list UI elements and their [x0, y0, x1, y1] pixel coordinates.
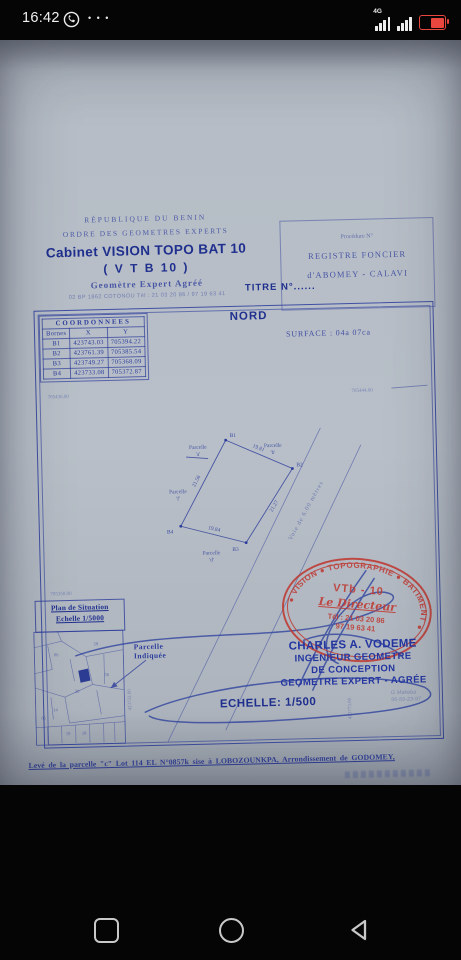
- titre-number: TITRE N°......: [245, 281, 316, 294]
- recents-button-icon[interactable]: [94, 918, 119, 943]
- status-bar: 16:42 • • • 4G: [0, 0, 461, 40]
- abomey-calavi-label: d'ABOMEY - CALAVI: [282, 267, 434, 281]
- signal-sim2-icon: [397, 17, 412, 31]
- cabinet-name: Cabinet VISION TOPO BAT 10: [34, 240, 258, 260]
- procedure-label: Procédure N°: [281, 232, 433, 242]
- network-type-badge: 4G: [373, 8, 382, 15]
- svg-text:19: 19: [66, 731, 71, 736]
- indicated-parcel-fill: [78, 669, 90, 683]
- home-button-icon[interactable]: [219, 918, 244, 943]
- android-nav-bar: [0, 785, 461, 960]
- svg-text:58: 58: [94, 641, 99, 646]
- situation-scale: Echelle 1/5000: [36, 613, 124, 624]
- status-icons: 4G: [375, 9, 446, 31]
- table-row: B4 423733.08 705372.87: [43, 367, 145, 379]
- registry-box: Procédure N° REGISTRE FONCIER d'ABOMEY -…: [279, 217, 435, 311]
- document-photo[interactable]: RÉPUBLIQUE DU BENIN ORDRE DES GEOMETRES …: [0, 40, 461, 785]
- situation-title: Plan de Situation: [36, 602, 124, 613]
- survey-plan-sheet: RÉPUBLIQUE DU BENIN ORDRE DES GEOMETRES …: [0, 34, 461, 790]
- north-label: NORD: [230, 310, 268, 323]
- cabinet-sigle: ( V T B 10 ): [34, 258, 258, 277]
- col-bornes: Bornes: [42, 328, 69, 339]
- svg-text:30: 30: [75, 689, 80, 694]
- registre-foncier-label: REGISTRE FONCIER: [281, 248, 433, 262]
- surveyor-title: Geomètre Expert Agréé: [35, 276, 259, 291]
- whatsapp-notification-icon: [63, 11, 80, 28]
- svg-text:05: 05: [41, 716, 46, 721]
- document-header: RÉPUBLIQUE DU BENIN ORDRE DES GEOMETRES …: [33, 211, 259, 301]
- more-notifications-icon: • • •: [88, 13, 110, 23]
- svg-text:06: 06: [54, 652, 59, 657]
- battery-low-icon: [419, 15, 446, 30]
- svg-text:36: 36: [104, 672, 109, 677]
- signatory-block: CHARLES A. VODEME INGENIEUR GEOMETRE DE …: [268, 637, 439, 689]
- svg-text:14: 14: [53, 707, 58, 712]
- signal-4g-icon: 4G: [375, 17, 390, 31]
- faint-handwritten-note: G Makeba 95-59-23-97: [391, 689, 421, 704]
- clock-time: 16:42: [22, 10, 60, 26]
- indicated-parcel-label: Parcelle Indiquée: [134, 642, 167, 661]
- situation-plan-titlebox: Plan de Situation Echelle 1/5000: [35, 599, 126, 633]
- coordinates-table: COORDONNEES Bornes X Y B1 423743.03 7053…: [42, 316, 146, 379]
- svg-text:18: 18: [82, 731, 87, 736]
- cabinet-address: 02 BP 1862 COTONOU Tél : 21 03 20 86 / 9…: [35, 290, 259, 301]
- back-button-icon[interactable]: [348, 918, 372, 947]
- footer-cropped-line: [345, 769, 431, 778]
- situation-streets: [33, 630, 125, 744]
- republic-line: RÉPUBLIQUE DU BENIN: [33, 211, 257, 225]
- situation-map: 58 06 30 36 14 19 18 05: [33, 630, 126, 746]
- order-line: ORDRE DES GEOMETRES EXPERTS: [34, 225, 258, 239]
- footer-description: Levé de la parcelle "c" Lot 114 EL N°085…: [28, 751, 456, 770]
